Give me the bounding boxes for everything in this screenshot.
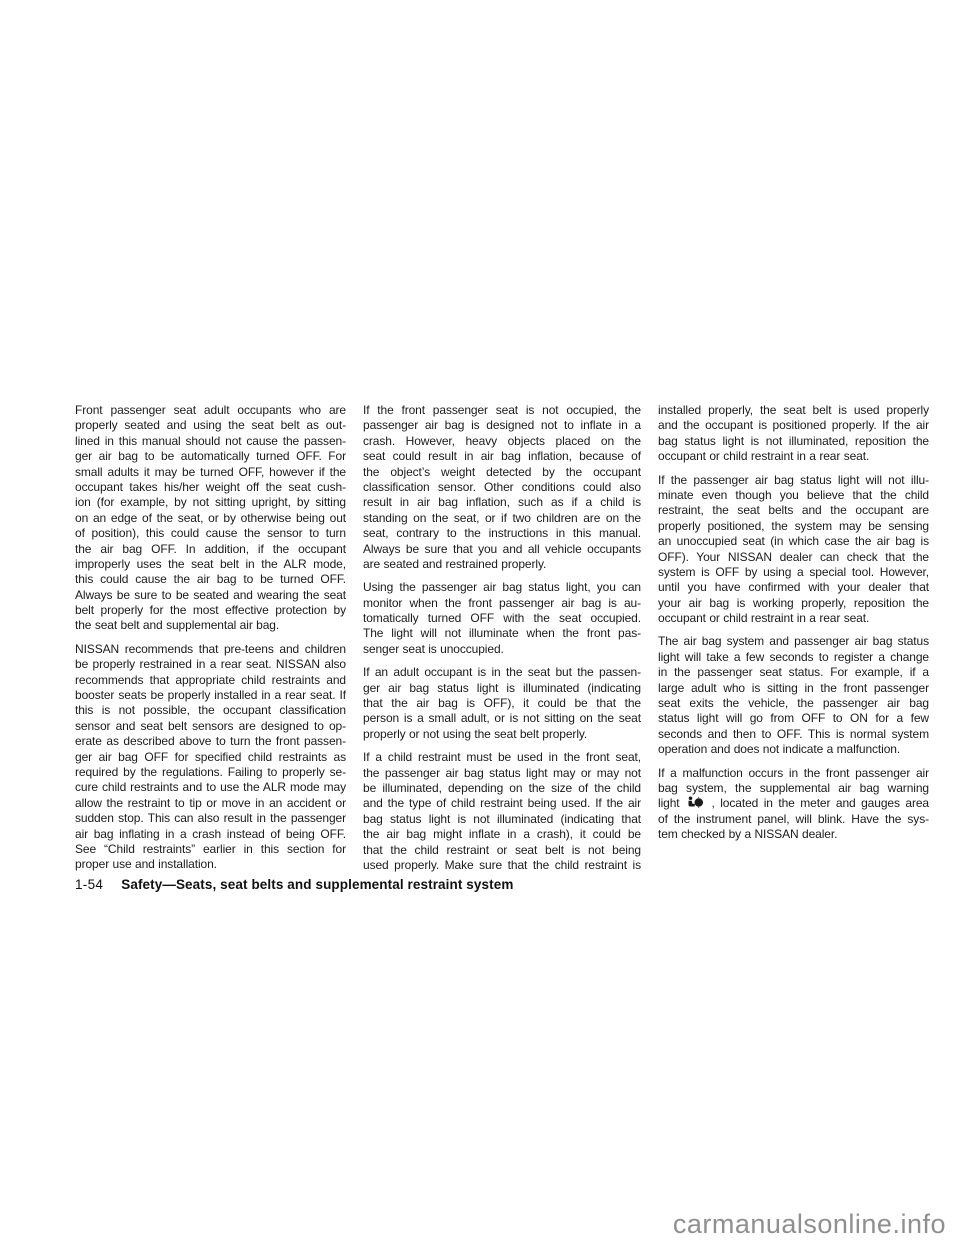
text-line: If the front passenger seat is not occup… bbox=[363, 403, 641, 418]
text-line: If an adult occupant is in the seat but … bbox=[363, 665, 641, 680]
manual-page: Front passenger seat adult occupants who… bbox=[0, 0, 960, 1242]
text-line: installed properly, the seat belt is use… bbox=[658, 403, 929, 418]
text-columns: Front passenger seat adult occupants who… bbox=[75, 403, 929, 873]
text-line: Using the passenger air bag status light… bbox=[363, 580, 641, 595]
text-line: If the passenger air bag status light wi… bbox=[658, 473, 929, 488]
text-line: properly positioned, the system may be s… bbox=[658, 519, 929, 534]
text-line: person is a small adult, or is not sitti… bbox=[363, 711, 641, 726]
text-line: result in air bag inflation, such as if … bbox=[363, 495, 641, 510]
text-line: bag status light is not illuminated, rep… bbox=[658, 434, 929, 449]
text-line: erate as described above to turn the fro… bbox=[75, 734, 346, 749]
text-line: The air bag system and passenger air bag… bbox=[658, 634, 929, 649]
text-line: If a malfunction occurs in the front pas… bbox=[658, 766, 929, 781]
text-line: be illuminated, depending on the size of… bbox=[363, 781, 641, 796]
watermark: carmanualsonline.info bbox=[673, 1209, 946, 1240]
text-line: seat exits the vehicle, the passenger ai… bbox=[658, 696, 929, 711]
paragraph: If an adult occupant is in the seat but … bbox=[363, 665, 641, 742]
paragraph: If a malfunction occurs in the front pas… bbox=[658, 766, 929, 843]
text-line: the seat belt and supplemental air bag. bbox=[75, 618, 346, 633]
text-line: tem checked by a NISSAN dealer. bbox=[658, 827, 929, 842]
text-line: ger air bag to be automatically turned O… bbox=[75, 449, 346, 464]
text-line: ion (for example, by not sitting upright… bbox=[75, 495, 346, 510]
text-line: in the passenger seat status. For exampl… bbox=[658, 665, 929, 680]
column-1: Front passenger seat adult occupants who… bbox=[75, 403, 346, 873]
text-line: of position), this could cause the senso… bbox=[75, 526, 346, 541]
text-line: seconds and then to OFF. This is normal … bbox=[658, 727, 929, 742]
text-line: and the type of child restraint being us… bbox=[363, 796, 641, 811]
column-2: If the front passenger seat is not occup… bbox=[363, 403, 641, 873]
text-line: the object’s weight detected by the occu… bbox=[363, 465, 641, 480]
text-line: light , located in the meter and gauges … bbox=[658, 796, 929, 811]
text-line: recommends that appropriate child restra… bbox=[75, 673, 346, 688]
text-line: that the air bag is OFF), it could be th… bbox=[363, 696, 641, 711]
column-3: installed properly, the seat belt is use… bbox=[658, 403, 929, 873]
text-line: Front passenger seat adult occupants who… bbox=[75, 403, 346, 418]
text-line: occupant takes his/her weight off the se… bbox=[75, 480, 346, 495]
page-footer: 1-54 Safety—Seats, seat belts and supple… bbox=[75, 877, 513, 892]
text-line: monitor when the front passenger air bag… bbox=[363, 596, 641, 611]
text-line: lined in this manual should not cause th… bbox=[75, 434, 346, 449]
footer-section-title: Safety—Seats, seat belts and supplementa… bbox=[121, 877, 513, 892]
text-line: status light will go from OFF to ON for … bbox=[658, 711, 929, 726]
text-line: your air bag is working properly, reposi… bbox=[658, 596, 929, 611]
text-line: air bag inflating in a crash instead of … bbox=[75, 827, 346, 842]
text-line: used properly. Make sure that the child … bbox=[363, 858, 641, 873]
text-line: proper use and installation. bbox=[75, 857, 346, 872]
text-line: allow the restraint to tip or move in an… bbox=[75, 796, 346, 811]
text-line: Always be sure to be seated and wearing … bbox=[75, 588, 346, 603]
text-line: this could cause the air bag to be turne… bbox=[75, 572, 346, 587]
text-line: the air bag OFF. In addition, if the occ… bbox=[75, 542, 346, 557]
text-line: standing on the seat, or if two children… bbox=[363, 511, 641, 526]
text-line: small adults it may be turned OFF, howev… bbox=[75, 465, 346, 480]
text-line: minate even though you believe that the … bbox=[658, 488, 929, 503]
text-line: and the occupant is positioned properly.… bbox=[658, 418, 929, 433]
text-line: senger seat is unoccupied. bbox=[363, 642, 641, 657]
text-line: restraint, the seat belts and the occupa… bbox=[658, 503, 929, 518]
text-line: operation and does not indicate a malfun… bbox=[658, 742, 929, 757]
paragraph: installed properly, the seat belt is use… bbox=[658, 403, 929, 465]
text-line: bag system, the supplemental air bag war… bbox=[658, 781, 929, 796]
paragraph: If the front passenger seat is not occup… bbox=[363, 403, 641, 572]
text-line: improperly uses the seat belt in the ALR… bbox=[75, 557, 346, 572]
text-line: NISSAN recommends that pre-teens and chi… bbox=[75, 642, 346, 657]
text-line: The light will not illuminate when the f… bbox=[363, 626, 641, 641]
text-line: sudden stop. This can also result in the… bbox=[75, 811, 346, 826]
paragraph: NISSAN recommends that pre-teens and chi… bbox=[75, 642, 346, 873]
text-line: properly seated and using the seat belt … bbox=[75, 418, 346, 433]
text-line: large adult who is sitting in the front … bbox=[658, 681, 929, 696]
text-line: of the instrument panel, will blink. Hav… bbox=[658, 812, 929, 827]
text-line: classification sensor. Other conditions … bbox=[363, 480, 641, 495]
page-number: 1-54 bbox=[75, 877, 103, 892]
airbag-warning-icon bbox=[687, 796, 704, 809]
text-line: tomatically turned OFF with the seat occ… bbox=[363, 611, 641, 626]
text-line: bag status light is not illuminated (ind… bbox=[363, 812, 641, 827]
text-line: system is OFF by using a special tool. H… bbox=[658, 565, 929, 580]
text-line: the air bag might inflate in a crash), i… bbox=[363, 827, 641, 842]
paragraph: Using the passenger air bag status light… bbox=[363, 580, 641, 657]
text-line: belt properly for the most effective pro… bbox=[75, 603, 346, 618]
text-line: the passenger air bag status light may o… bbox=[363, 766, 641, 781]
paragraph: Front passenger seat adult occupants who… bbox=[75, 403, 346, 634]
text-line: If a child restraint must be used in the… bbox=[363, 750, 641, 765]
text-line: properly or not using the seat belt prop… bbox=[363, 727, 641, 742]
text-line: on an edge of the seat, or by otherwise … bbox=[75, 511, 346, 526]
text-line: are seated and restrained properly. bbox=[363, 557, 641, 572]
text-line: booster seats be properly installed in a… bbox=[75, 688, 346, 703]
text-line: occupant or child restraint in a rear se… bbox=[658, 449, 929, 464]
text-line: that the child restraint or seat belt is… bbox=[363, 843, 641, 858]
text-line: an unoccupied seat (in which case the ai… bbox=[658, 534, 929, 549]
text-line: ger air bag OFF for specified child rest… bbox=[75, 750, 346, 765]
text-line: seat, contrary to the instructions in th… bbox=[363, 526, 641, 541]
text-line: ger air bag status light is illuminated … bbox=[363, 681, 641, 696]
text-line: See “Child restraints” earlier in this s… bbox=[75, 842, 346, 857]
text-line: OFF). Your NISSAN dealer can check that … bbox=[658, 550, 929, 565]
paragraph: If the passenger air bag status light wi… bbox=[658, 473, 929, 627]
text-line: cure child restraints and to use the ALR… bbox=[75, 780, 346, 795]
text-line: seat could result in air bag inflation, … bbox=[363, 449, 641, 464]
text-line: crash. However, heavy objects placed on … bbox=[363, 434, 641, 449]
text-line: passenger air bag is designed not to inf… bbox=[363, 418, 641, 433]
paragraph: The air bag system and passenger air bag… bbox=[658, 634, 929, 757]
text-line: light will take a few seconds to registe… bbox=[658, 650, 929, 665]
text-line: this is not possible, the occupant class… bbox=[75, 703, 346, 718]
text-line: Always be sure that you and all vehicle … bbox=[363, 542, 641, 557]
text-line: sensor and seat belt sensors are designe… bbox=[75, 719, 346, 734]
text-line: be properly restrained in a rear seat. N… bbox=[75, 657, 346, 672]
text-line: until you have confirmed with your deale… bbox=[658, 580, 929, 595]
text-line: occupant or child restraint in a rear se… bbox=[658, 611, 929, 626]
text-line: required by the regulations. Failing to … bbox=[75, 765, 346, 780]
paragraph: If a child restraint must be used in the… bbox=[363, 750, 641, 873]
